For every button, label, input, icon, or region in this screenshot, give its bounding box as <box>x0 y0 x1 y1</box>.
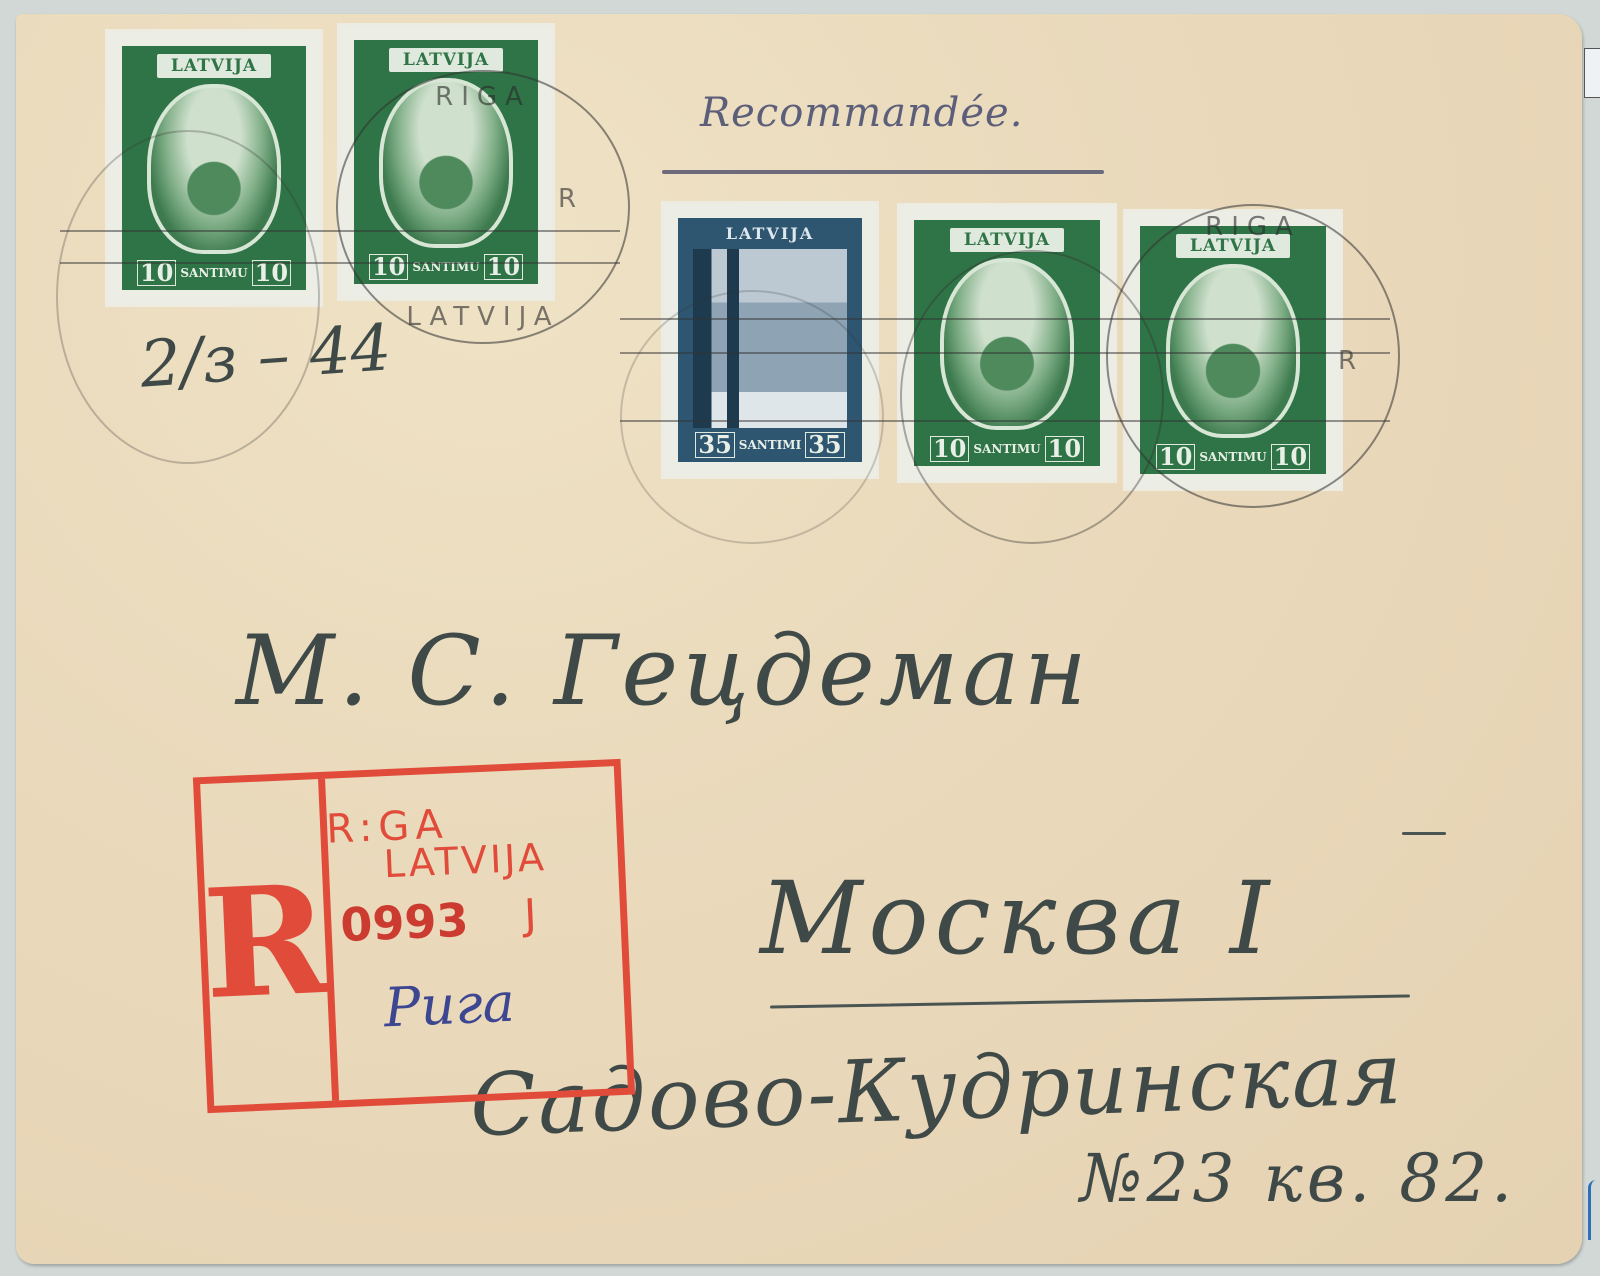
registration-office: J <box>523 890 538 939</box>
scan-edge-mark <box>1588 1180 1600 1240</box>
stamp-value: 35 <box>695 432 734 458</box>
stamp-35-santimi: LATVIJA 35SANTIMI35 <box>664 204 876 476</box>
clerk-signature: Рига <box>383 971 516 1040</box>
stamp-country: LATVIJA <box>1176 234 1290 258</box>
registration-label: R R:GA LATVIJA 0993 J Рига <box>193 759 635 1113</box>
postmark-bar <box>620 352 1390 354</box>
stamp-value: 10 <box>1271 444 1310 470</box>
postmark-bar <box>620 420 1390 422</box>
stamp-country: LATVIJA <box>157 54 271 78</box>
scan-edge-tab <box>1584 48 1600 98</box>
stamp-currency: SANTIMU <box>1199 450 1266 464</box>
recipient-name: М. С. Гецдеман <box>236 615 1091 727</box>
coat-of-arms-icon <box>147 84 280 254</box>
stamp-value: 10 <box>1045 436 1084 462</box>
stamp-country: LATVIJA <box>712 222 829 245</box>
recipient-house: №23 кв. 82. <box>1080 1140 1516 1217</box>
stamp-value: 10 <box>930 436 969 462</box>
registration-number: 0993 <box>339 893 469 953</box>
stamp-value: 10 <box>484 254 523 280</box>
stamp-value: 10 <box>1156 444 1195 470</box>
coat-of-arms-icon <box>379 78 512 248</box>
stamp-10-santimu-4: LATVIJA 10SANTIMU10 <box>1126 212 1340 488</box>
coat-of-arms-icon <box>940 258 1074 430</box>
building-icon <box>693 249 848 428</box>
stamp-currency: SANTIMU <box>973 442 1040 456</box>
postmark-bar <box>60 262 620 264</box>
stamp-country: LATVIJA <box>389 48 503 72</box>
stamp-currency: SANTIMI <box>739 438 801 452</box>
registration-letter: R <box>200 779 339 1106</box>
city-overline <box>1402 832 1446 835</box>
stamp-10-santimu-2: LATVIJA 10SANTIMU10 <box>340 26 552 298</box>
stamp-country: LATVIJA <box>950 228 1064 252</box>
registered-marking: Recommandée. <box>700 90 1023 136</box>
stamp-value: 35 <box>805 432 844 458</box>
recipient-city: Москва I <box>760 860 1275 977</box>
coat-of-arms-icon <box>1166 264 1300 438</box>
registered-underline <box>662 170 1104 174</box>
postmark-bar <box>60 230 620 232</box>
stamp-value: 10 <box>369 254 408 280</box>
stamp-currency: SANTIMU <box>180 266 247 280</box>
registration-country: LATVIJA <box>383 835 548 886</box>
stamp-10-santimu-3: LATVIJA 10SANTIMU10 <box>900 206 1114 480</box>
postmark-bar <box>620 318 1390 320</box>
